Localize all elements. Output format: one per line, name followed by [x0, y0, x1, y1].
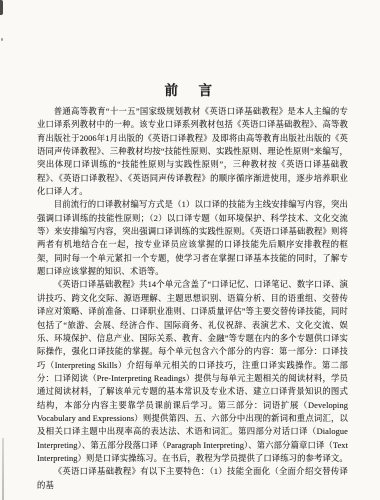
scanned-book-page: 前 言 普通高等教育“十一五”国家级规划教材《英语口译基础教程》是本人主编的专业…: [0, 0, 380, 500]
preface-paragraph-3: 《英语口译基础教程》共14个单元含盖了“口译记忆、口译笔记、数字口译、演讲技巧、…: [37, 278, 348, 465]
preface-body: 普通高等教育“十一五”国家级规划教材《英语口译基础教程》是本人主编的专业口译系列…: [37, 105, 348, 492]
scan-speck: [1, 38, 3, 41]
page-title: 前 言: [0, 79, 380, 99]
preface-paragraph-1: 普通高等教育“十一五”国家级规划教材《英语口译基础教程》是本人主编的专业口译系列…: [37, 105, 348, 198]
scan-edge-line-bottom-left: [2, 438, 4, 500]
scan-edge-artifact-top-left: [0, 0, 3, 15]
preface-paragraph-2: 目前流行的口译教材编写方式是（1）以口译的技能为主线安排编写内容，突出强调口译训…: [37, 198, 348, 278]
preface-paragraph-4: 《英语口译基础教程》有以下主要特色：（1）技能全面化（全面介绍交替传译的基: [37, 465, 348, 492]
